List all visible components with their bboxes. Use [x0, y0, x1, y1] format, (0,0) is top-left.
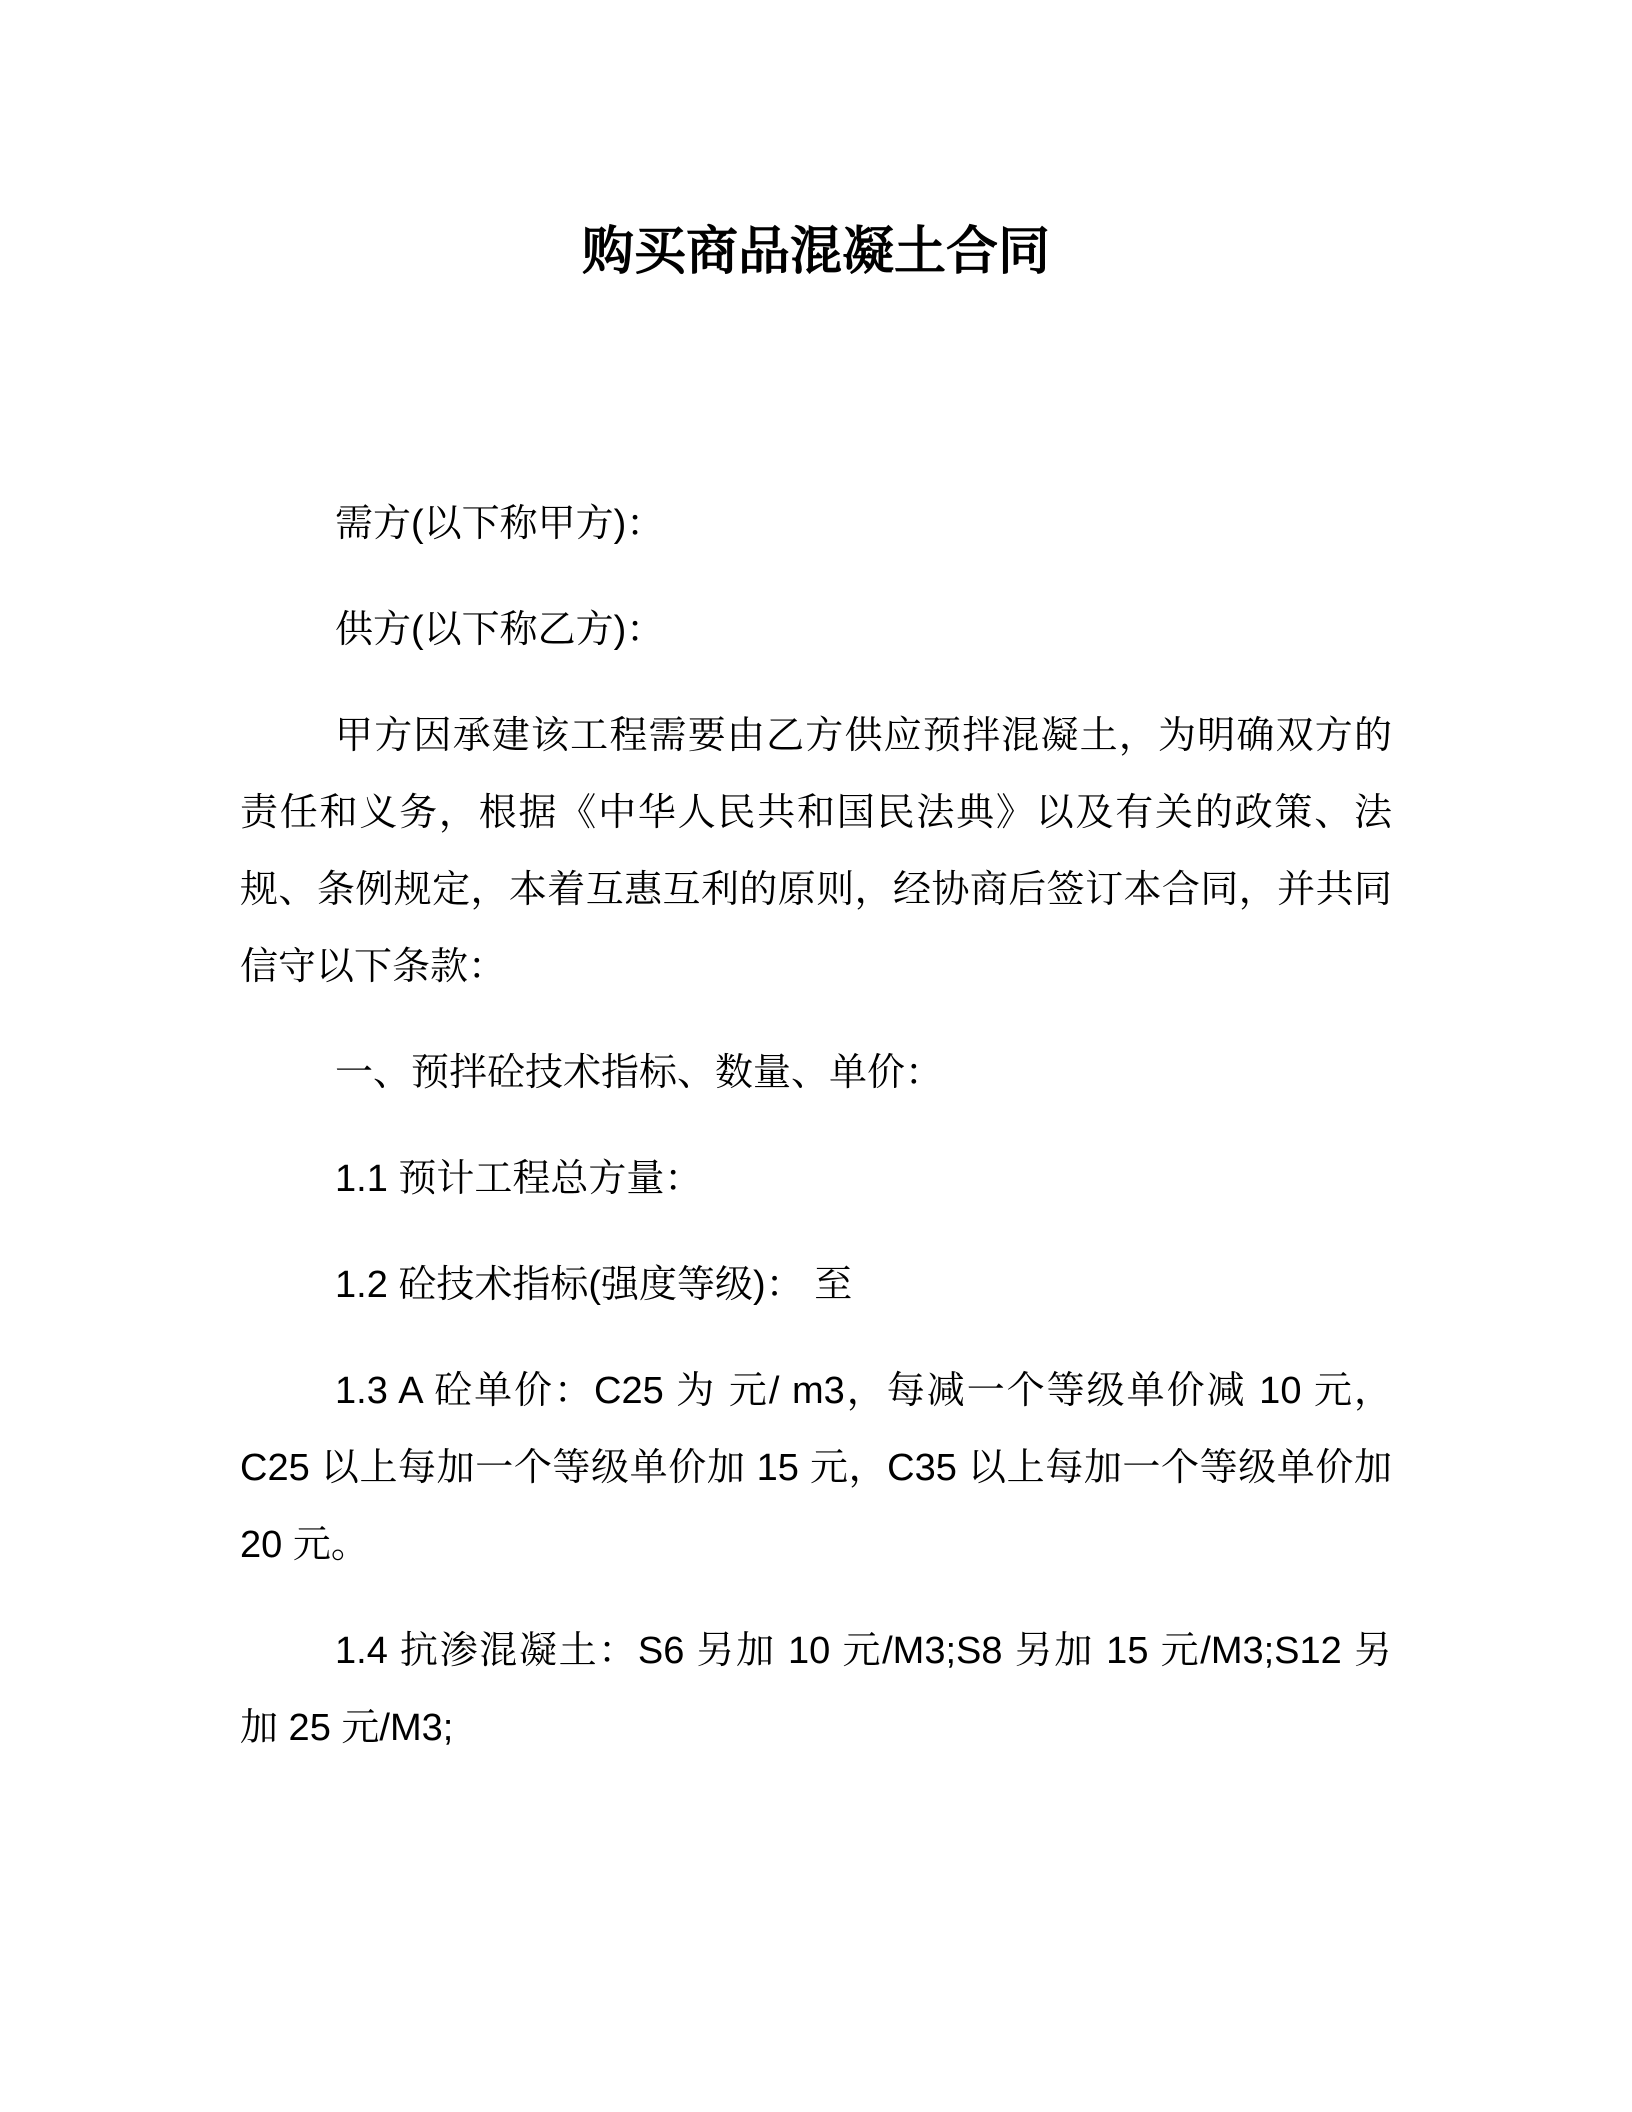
clause-1-1-total-volume: 1.1 预计工程总方量：	[240, 1141, 1392, 1218]
party-b-line: 供方(以下称乙方)：	[240, 592, 1392, 669]
clause-1-2-strength-grade: 1.2 砼技术指标(强度等级)： 至	[240, 1247, 1392, 1324]
document-page: 购买商品混凝土合同 需方(以下称甲方)： 供方(以下称乙方)： 甲方因承建该工程…	[0, 0, 1632, 2112]
clause-1-4-impermeable-concrete: 1.4 抗渗混凝土：S6 另加 10 元/M3;S8 另加 15 元/M3;S1…	[240, 1613, 1392, 1767]
document-title: 购买商品混凝土合同	[240, 207, 1392, 297]
section-1-heading: 一、预拌砼技术指标、数量、单价：	[240, 1035, 1392, 1112]
clause-1-3-unit-price: 1.3 A 砼单价：C25 为 元/ m3，每减一个等级单价减 10 元，C25…	[240, 1353, 1392, 1584]
party-a-line: 需方(以下称甲方)：	[240, 486, 1392, 563]
preamble-paragraph: 甲方因承建该工程需要由乙方供应预拌混凝土，为明确双方的责任和义务，根据《中华人民…	[240, 698, 1392, 1006]
